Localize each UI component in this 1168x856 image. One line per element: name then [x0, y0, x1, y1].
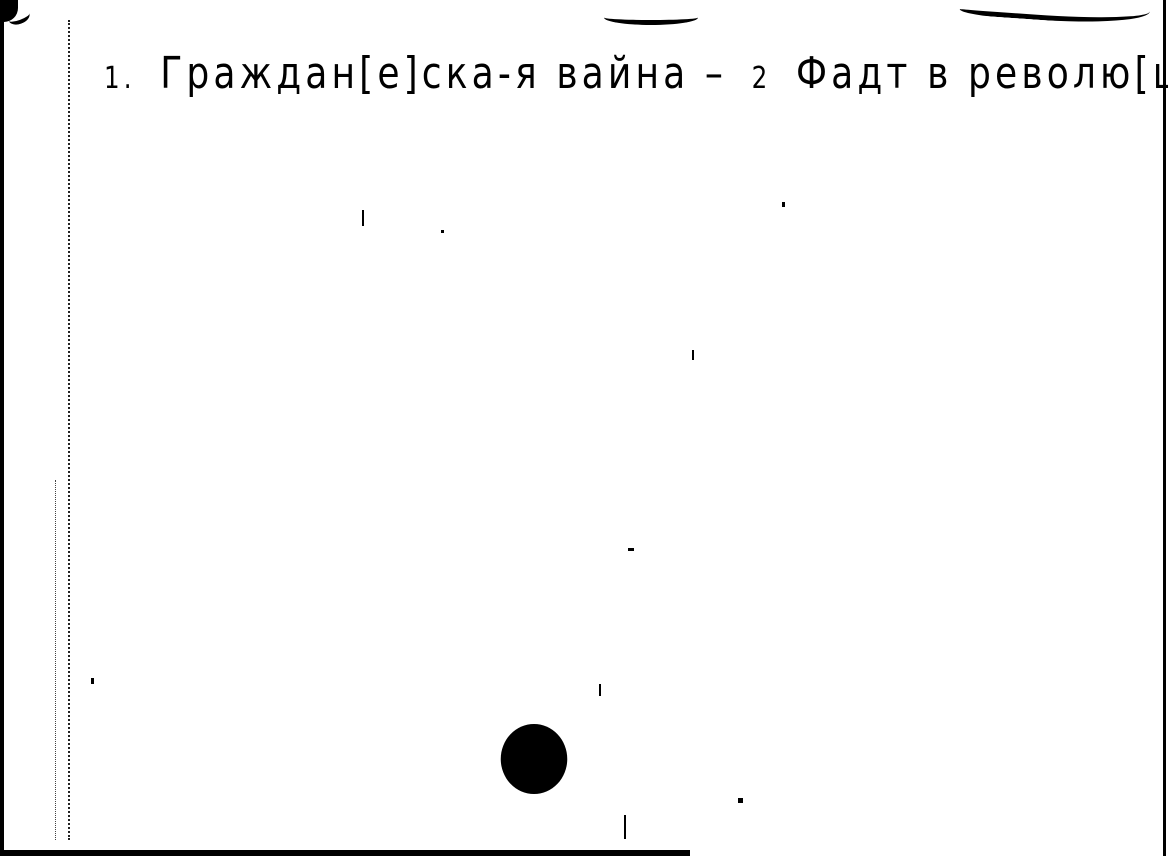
- ink-stroke-top-center: [604, 10, 698, 25]
- ink-speck: [628, 548, 634, 551]
- item-text-1: Граждан[е]ска-я вайна –: [160, 48, 727, 99]
- page-left-edge: [0, 0, 4, 856]
- ink-speck: [362, 210, 364, 226]
- ink-speck: [599, 684, 601, 696]
- ink-speck: [624, 815, 626, 839]
- ink-speck: [441, 230, 444, 233]
- page-right-edge: [1163, 0, 1166, 856]
- ink-speck: [692, 350, 694, 360]
- ink-stroke-top-right: [959, 0, 1150, 28]
- ink-speck: [782, 202, 785, 207]
- scanned-page: 1. Граждан[е]ска-я вайна – 2 Фадт в рево…: [0, 0, 1168, 856]
- margin-line-secondary: [55, 480, 56, 840]
- ink-speck: [91, 678, 94, 684]
- ink-blot: [501, 724, 568, 794]
- item-number-2: 2: [752, 61, 772, 96]
- page-bottom-edge: [0, 850, 690, 856]
- handwritten-line: 1. Граждан[е]ска-я вайна – 2 Фадт в рево…: [104, 48, 973, 99]
- item-number-1: 1.: [104, 61, 136, 96]
- ink-speck: [738, 798, 743, 803]
- margin-line: [68, 20, 70, 840]
- item-text-2: Фадт в револю[ц]и: [796, 48, 1168, 99]
